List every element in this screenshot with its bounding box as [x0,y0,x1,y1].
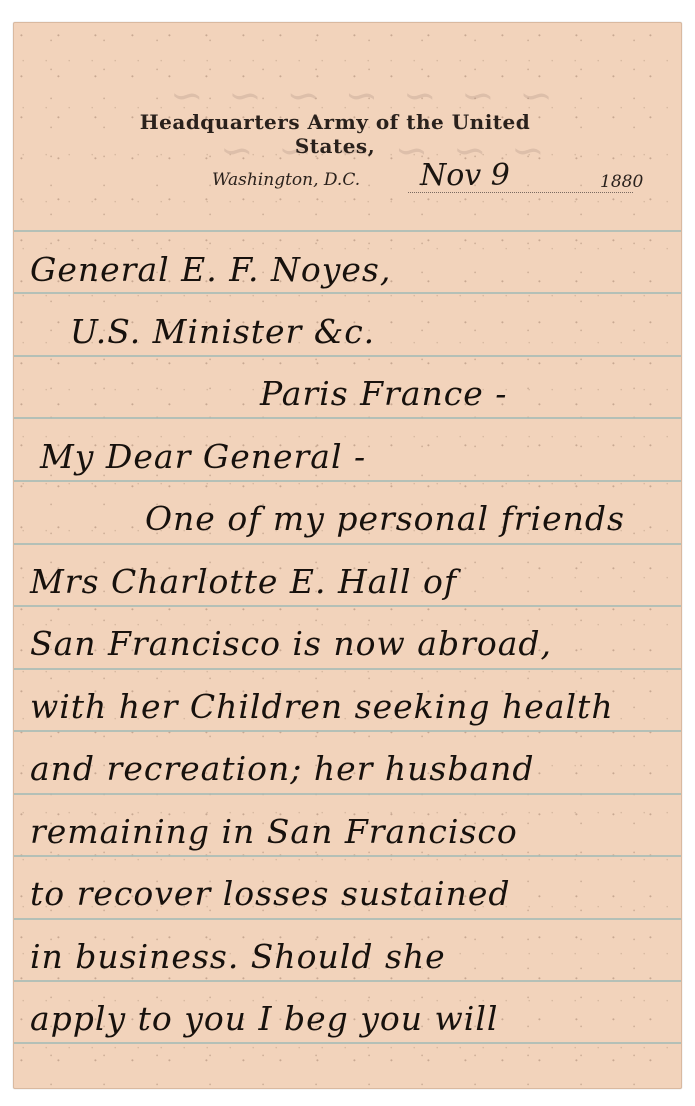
address-line: U.S. Minister &c. [70,312,375,351]
ruled-line [14,543,681,545]
letterhead-title: Headquarters Army of the United States, [120,110,550,158]
body-line: San Francisco is now abroad, [30,624,552,663]
ruled-line [14,980,681,982]
body-line: and recreation; her husband [30,749,535,788]
ruled-line [14,292,681,294]
ruled-line [14,918,681,920]
letterhead-place: Washington, D.C. [212,170,360,190]
address-line: Paris France - [260,374,507,413]
ruled-line [14,1042,681,1044]
ruled-line [14,355,681,357]
body-line: Mrs Charlotte E. Hall of [30,562,457,601]
ruled-line [14,730,681,732]
ruled-line [14,668,681,670]
ruled-line [14,855,681,857]
body-line: apply to you I beg you will [30,999,498,1038]
body-line: One of my personal friends [145,499,625,538]
ruled-line [14,480,681,482]
ruled-line [14,230,681,232]
salutation: My Dear General - [40,437,366,476]
ruled-line [14,417,681,419]
body-line: to recover losses sustained [30,874,510,913]
body-line: in business. Should she [30,937,446,976]
letterhead-year: 1880 [600,172,643,192]
address-line: General E. F. Noyes, [30,250,391,289]
body-line: remaining in San Francisco [30,812,518,851]
ruled-line [14,605,681,607]
date-handwritten: Nov 9 [420,158,510,193]
ruled-line [14,793,681,795]
body-line: with her Children seeking health [30,687,614,726]
